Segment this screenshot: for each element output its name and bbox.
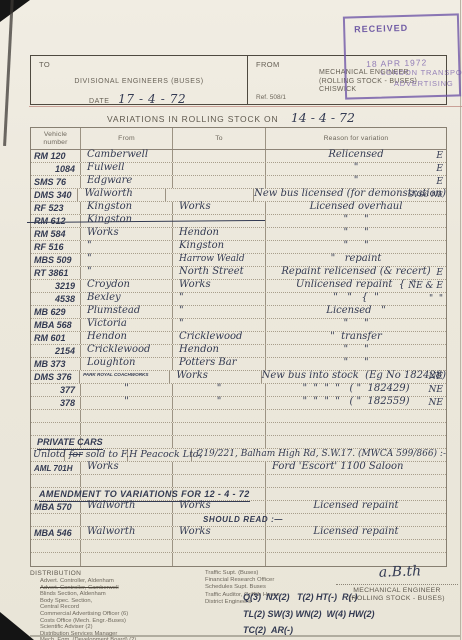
private-cars-heading: PRIVATE CARS [37,436,103,450]
page-title: VARIATIONS IN ROLLING STOCK ON 14 - 4 - … [0,109,462,127]
from-text: " [81,383,172,395]
signature: a.B.th [340,562,460,582]
cell-from: Kingston [81,202,173,214]
sold-struck-text: for [69,449,83,460]
vehicle-text: RM 584 [31,228,80,241]
vehicle-text: SMS 76 [31,176,80,189]
to-text: Works [173,526,265,538]
table-row: 378 " " " " " " ( " 182559)NE [31,397,446,410]
sold-rest-text: sold to F.H Peacock Ltd, [86,449,202,460]
cell-reason: " " [266,319,446,331]
cell-from: " [81,254,173,266]
from-label: FROM [256,60,280,69]
cell-vehicle: MBA 568 [31,319,81,331]
cell-reason: " " [266,241,446,253]
reason-text: " " [266,227,446,239]
cell-vehicle: MB 629 [31,306,81,318]
cell-vehicle: RM 612 [31,215,81,227]
to-box: TO DIVISIONAL ENGINEERS (BUSES) DATE 17 … [30,55,248,105]
cell-from: Plumstead [81,306,173,318]
vehicle-text: RT 3861 [31,267,80,280]
cell-reason: Licensed " [266,306,446,318]
from-text: Camberwell [81,149,172,161]
vehicle-text: 1084 [31,163,80,176]
cell-to: " [173,293,266,305]
cell-vehicle: 377 [31,384,81,396]
vehicle-text: 2154 [31,345,80,358]
to-text: " [173,305,265,317]
to-text: Hendon [173,344,265,356]
cell-to [166,189,254,201]
cell-vehicle: RM 601 [31,332,81,344]
cell-from: " [81,384,173,396]
cell-reason: " repaint [266,254,446,266]
to-text: Cricklewood [173,331,265,343]
header-to: To [173,128,266,149]
cell-from: Edgware [81,176,173,188]
reason-text: Licensed repaint [266,500,446,512]
from-text: " [81,396,172,408]
cell-from: Walworth [78,189,165,201]
cell-reason: " " " " ( " 182429)NE [266,384,446,396]
stamp-dept-text: ADVERTISING [394,79,454,88]
date-value-handwritten: 17 - 4 - 72 [118,92,186,106]
cell-to [173,163,266,175]
reason-text: Repaint relicensed (& recert) [266,266,446,278]
scan-corner-bottom-left [0,612,34,640]
note-text: E [436,163,443,175]
cell-vehicle: RF 516 [31,241,81,253]
cell-to: Works [173,501,266,513]
cell-to: Potters Bar [173,358,266,370]
table-row-blank [31,475,446,488]
vehicle-text: AML 701H [31,462,80,475]
note-text: NE & E [408,280,443,292]
reason-text: Licensed overhaul [266,201,446,213]
reason-text: " " [266,344,446,356]
vehicle-text: RF 516 [31,241,80,254]
scanned-form-page: TO DIVISIONAL ENGINEERS (BUSES) DATE 17 … [0,0,462,640]
vehicle-text: RM 120 [31,150,80,163]
cell-to: Kingston [173,241,266,253]
signature-line [336,584,458,585]
cell-to [173,150,266,162]
note-text: E [436,150,443,162]
cell-reason: "E [266,163,446,175]
from-text: Works [81,461,172,473]
cell-to: " [173,397,266,409]
cell-to: North Street [173,267,266,279]
cell-to: Hendon [173,228,266,240]
vehicle-text: RM 601 [31,332,80,345]
cell-to: Hendon [173,345,266,357]
cell-reason: "E [266,176,446,188]
signature-role: MECHANICAL ENGINEER (ROLLING STOCK - BUS… [336,587,458,603]
from-text: Kingston [81,214,172,226]
vehicle-text: RF 523 [31,202,80,215]
dist-item: Advert. Controller, Aldenham [40,578,205,585]
to-text: Kingston [173,240,265,252]
from-text: Kingston [81,201,172,213]
reason-text: Relicensed [266,149,446,161]
cell-to: Works [173,202,266,214]
cell-reason: New bus into stock (Eg No 182428)NE [262,371,446,383]
reason-text: Licensed repaint [266,526,446,538]
cell-from: " [81,267,173,279]
ref-number: Ref. 508/1 [256,94,286,101]
dist-item: Blinds Section, Aldenham [40,591,205,598]
cell-vehicle: AML 701H [31,462,81,474]
cell-vehicle: 1084 [31,163,81,175]
cell-from: PARK ROYAL COACHWORKS [80,371,170,383]
from-text: Fulwell [81,162,172,174]
reason-text: Licensed " [266,305,446,317]
cell-to [173,215,266,227]
cell-to [173,176,266,188]
to-text: Hendon [173,227,265,239]
stamp-org-text: LONDON TRANSPORT [381,68,462,77]
title-printed: VARIATIONS IN ROLLING STOCK ON [107,114,278,124]
to-text: " [173,318,265,330]
cell-reason: Ford 'Escort' 1100 Saloon [266,462,446,474]
should-read-text: SHOULD READ :— [203,514,283,526]
cell-reason: " " { "" " [266,293,446,305]
cell-reason: 219/221, Balham High Rd, S.W.17. (MWCA 5… [192,449,446,461]
note-text: E [436,176,443,188]
cell-to: " [173,306,266,318]
vehicle-text: 377 [31,384,80,397]
to-text: Works [170,370,260,382]
cell-vehicle: 3219 [31,280,81,292]
vehicle-text: RM 612 [31,215,80,228]
reason-text: " repaint [266,253,446,265]
to-value: DIVISIONAL ENGINEERS (BUSES) [31,78,247,85]
sold-address-text: 219/221, Balham High Rd, S.W.17. (MWCA 5… [192,448,446,460]
cell-from: Croydon [81,280,173,292]
dist-item: Schedules Supt. Buses [205,584,335,591]
cell-reason: Licensed overhaul [266,202,446,214]
from-text: Cricklewood [81,344,172,356]
to-label: TO [39,60,50,69]
vehicle-text: MBS 509 [31,254,80,267]
cell-reason: " " [266,345,446,357]
header-vehicle-number: Vehicle number [31,128,81,149]
note-text: SVS6 NE [408,189,443,201]
to-text: Potters Bar [173,357,265,369]
reason-text: " [266,175,446,187]
to-text: North Street [173,266,265,278]
cell-reason: New bus licensed (for demonstration)SVS6… [254,189,446,201]
cell-from: " [81,241,173,253]
cell-from: Hendon [81,332,173,344]
vehicle-text: MBA 568 [31,319,80,332]
from-text: Hendon [81,331,172,343]
garage-codes-line-3: TC(2) AR(-) [243,625,293,635]
cell-vehicle: DMS 376 [31,371,80,383]
variations-table: Vehicle number From To Reason for variat… [30,127,447,567]
vehicle-text: 3219 [31,280,80,293]
from-text: Bexley [81,292,172,304]
vehicle-text: DMS 376 [31,371,79,384]
from-text: Walworth [78,188,164,200]
reason-text: " " " " ( " 182429) [266,383,446,395]
signature-role-line-1: MECHANICAL ENGINEER [336,587,458,595]
cell-reason: " transfer [266,332,446,344]
cell-vehicle: RM 584 [31,228,81,240]
from-text: " [81,253,172,265]
distribution-title: DISTRIBUTION [30,570,81,577]
to-text: " [173,383,265,395]
cell-vehicle: MBA 546 [31,527,81,539]
cell-reason: " " [266,358,446,370]
to-text: Works [173,279,265,291]
dist-item: Costs Office (Mech. Engr.-Buses) [40,618,205,625]
cell-vehicle: RM 120 [31,150,81,162]
vehicle-text: MBA 546 [31,527,80,540]
table-row-blank [31,540,446,553]
cell-reason: Unlicensed repaint { "NE & E [266,280,446,292]
cell-vehicle: RF 523 [31,202,81,214]
cell-from: Loughton [81,358,173,370]
cell-from: Victoria [81,319,173,331]
form-rule-line [29,106,462,107]
from-text: Loughton [81,357,172,369]
vehicle-text: MB 629 [31,306,80,319]
reason-text: " transfer [266,331,446,343]
distribution-list-left: Advert. Controller, Aldenham Advert. Con… [40,578,205,640]
cell-to: " [173,319,266,331]
cell-from: Camberwell [81,150,173,162]
cell-from: Walworth [81,501,173,513]
cell-vehicle: MB 373 [31,358,81,370]
cell-from: Cricklewood [81,345,173,357]
reason-text: Ford 'Escort' 1100 Saloon [266,461,446,473]
reason-text: " " " " ( " 182559) [266,396,446,408]
to-text: Works [173,201,265,213]
from-text: Works [81,227,172,239]
to-text: " [173,292,265,304]
dist-item: Commercial Advertising Officer (6) [40,611,205,618]
header-reason: Reason for variation [266,128,446,149]
cell-from: Works [81,462,173,474]
cell-to: Works [173,280,266,292]
vehicle-text: 4538 [31,293,80,306]
dist-item: Distribution Services Manager [40,631,205,638]
cell-vehicle: MBS 509 [31,254,81,266]
dist-item: Financial Research Officer [205,577,335,584]
cell-from: Kingston [81,215,173,227]
cell-reason: Repaint relicensed (& recert)E [266,267,446,279]
from-text: Walworth [81,526,172,538]
dist-item: Central Record [40,604,205,611]
cell-to: Works [173,527,266,539]
table-row: MBA 570 Walworth Works Licensed repaint [31,501,446,514]
cell-reason: RelicensedE [266,150,446,162]
cell-reason: " " " " ( " 182559)NE [266,397,446,409]
amendment-title: AMENDMENT TO VARIATIONS FOR 12 - 4 - 72 [39,488,250,502]
reason-text: " " [266,357,446,369]
cell-from: Works [81,228,173,240]
vehicle-text: MBA 570 [31,501,80,514]
date-line: DATE 17 - 4 - 72 [89,92,186,106]
dist-item-struck: Advert. Controller, Camberwell [40,585,205,592]
vehicle-text: DMS 340 [31,189,77,202]
date-label: DATE [89,98,110,105]
cell-to [173,462,266,474]
dist-item: Body Spec. Section, [40,598,205,605]
cell-reason: Licensed repaint [266,527,446,539]
title-date-handwritten: 14 - 4 - 72 [291,110,355,125]
cell-to: Harrow Weald [173,254,266,266]
cell-from: Fulwell [81,163,173,175]
reason-text: " " [266,240,446,252]
stamp-received-text: RECEIVED [354,23,408,35]
from-text: " [81,266,172,278]
cell-vehicle: SMS 76 [31,176,81,188]
from-text: Edgware [81,175,172,187]
to-text: Harrow Weald [173,253,265,265]
header-from: From [81,128,173,149]
cell-vehicle: DMS 340 [31,189,78,201]
note-text: NE [429,371,443,383]
table-row: MBA 546 Walworth Works Licensed repaint [31,527,446,540]
cell-reason: Licensed repaint [266,501,446,513]
reason-text: " " { " [266,292,446,304]
table-row-blank [31,410,446,423]
cell-from: Bexley [81,293,173,305]
reason-text: " [266,162,446,174]
reason-text: " " [266,214,446,226]
from-text: " [81,240,172,252]
cell-vehicle: 378 [31,397,81,409]
from-text: PARK ROYAL COACHWORKS [80,371,169,377]
cell-to: Works [170,371,261,383]
note-text: E [436,267,443,279]
garage-codes-line-2: TL(2) SW(3) WN(2) W(4) HW(2) [243,609,374,619]
note-text: NE [429,384,443,396]
cell-vehicle: MBA 570 [31,501,81,513]
cell-to: " [173,384,266,396]
cell-from: " [81,397,173,409]
cell-vehicle: 4538 [31,293,81,305]
cell-reason: " " [266,228,446,240]
from-text: Plumstead [81,305,172,317]
sold-lead-text: Unlotd [33,449,66,460]
cell-vehicle: RT 3861 [31,267,81,279]
to-text: " [173,396,265,408]
cell-from: Walworth [81,527,173,539]
sold-note: Unlotd for sold to F.H Peacock Ltd, [33,449,202,461]
note-text: " " [429,293,443,305]
dist-item: Traffic Supt. (Buses) [205,570,335,577]
note-text: NE [429,397,443,409]
scan-corner-top-left [0,0,30,22]
cell-to: Cricklewood [173,332,266,344]
from-text: Croydon [81,279,172,291]
reason-text: " " [266,318,446,330]
table-row-blank [31,423,446,436]
cell-vehicle: 2154 [31,345,81,357]
table-header-row: Vehicle number From To Reason for variat… [31,128,446,150]
dist-item: Scientific Adviser (2) [40,624,205,631]
reason-text: New bus into stock (Eg No 182428) [262,370,446,382]
vehicle-text: MB 373 [31,358,80,371]
vehicle-text: 378 [31,397,80,410]
from-text: Victoria [81,318,172,330]
signature-role-line-2: (ROLLING STOCK - BUSES) [336,595,458,603]
table-row: AML 701H Works Ford 'Escort' 1100 Saloon [31,462,446,475]
cell-reason: " " [266,215,446,227]
